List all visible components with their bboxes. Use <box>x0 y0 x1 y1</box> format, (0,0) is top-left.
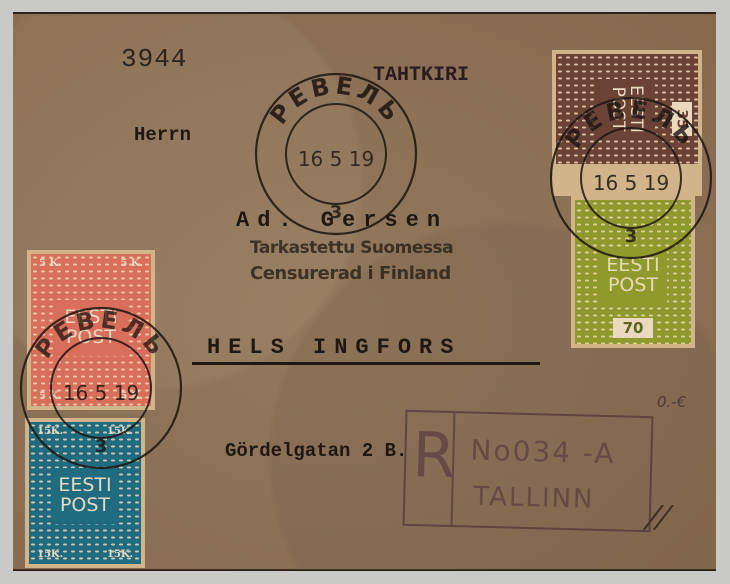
censor-mark-line-2: Censurerad i Finland <box>250 263 451 284</box>
stamp-value: 70 <box>623 319 644 337</box>
street-address: Gördelgatan 2 B. <box>225 440 407 462</box>
postmark-date: 16 5 19 <box>63 381 139 405</box>
stamp-text-eesti: EESTI <box>58 476 111 496</box>
postmark-suffix: 3 <box>95 436 108 457</box>
registration-number: No034 -A <box>470 433 616 470</box>
svg-text:РЕВЕЛЬ: РЕВЕЛЬ <box>560 95 703 153</box>
stamp-corner-value: 15K. <box>107 549 133 560</box>
destination-city: HELS INGFORS <box>207 335 461 360</box>
city-underline <box>192 362 540 365</box>
stamp-corner-value: 15K. <box>37 549 63 560</box>
pencil-note: 0.-€ <box>657 393 686 411</box>
svg-text:РЕВЕЛЬ: РЕВЕЛЬ <box>30 305 173 363</box>
postmark-date: 16 5 19 <box>593 171 669 195</box>
postmark-city: РЕВЕЛЬ <box>30 305 173 363</box>
postmark-city: РЕВЕЛЬ <box>560 95 703 153</box>
postmark-reval-left: РЕВЕЛЬ 16 5 19 3 <box>15 302 187 478</box>
postmark-reval-right: РЕВЕЛЬ 16 5 19 3 <box>545 92 717 268</box>
stamp-corner-value: 5 K. <box>120 258 143 269</box>
postmark-suffix: 3 <box>625 226 638 247</box>
salutation: Herrn <box>134 124 191 146</box>
postmark-reval-center: РЕВЕЛЬ 16 5 19 3 <box>250 68 422 244</box>
reference-number: 3944 <box>121 44 187 74</box>
registration-letter: R <box>412 424 457 487</box>
postmark-suffix: 3 <box>330 202 343 223</box>
stamp-text-post: POST <box>608 276 658 296</box>
registration-city: TALLINN <box>473 482 595 515</box>
postmark-city: РЕВЕЛЬ <box>265 71 408 129</box>
postmark-date: 16 5 19 <box>298 147 374 171</box>
stamp-text-post: POST <box>60 496 110 516</box>
registration-label: R No034 -A TALLINN <box>403 410 654 532</box>
stamp-corner-value: 5 K. <box>39 258 62 269</box>
svg-text:РЕВЕЛЬ: РЕВЕЛЬ <box>265 71 408 129</box>
